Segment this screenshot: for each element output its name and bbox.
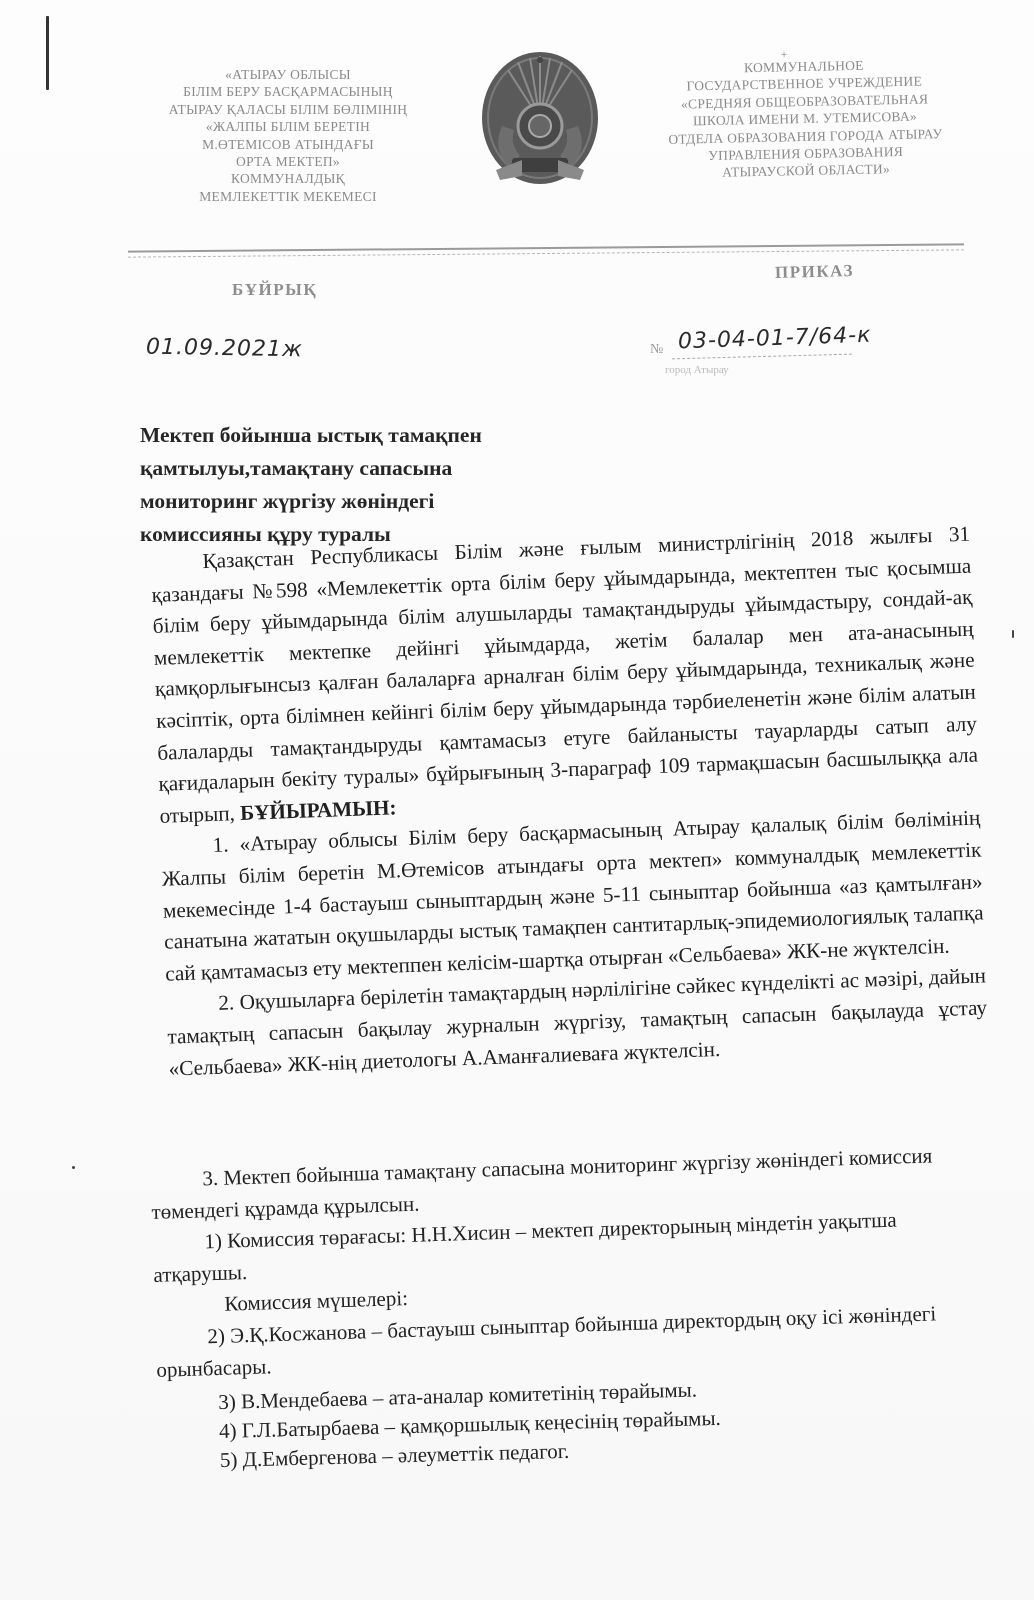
handwritten-order-number: 03-04-01-7/64-к [678,323,872,355]
title-line: қамтылуы,тамақтану сапасына [140,452,560,485]
header-russian-organization: + КОММУНАЛЬНОЕ ГОСУДАРСТВЕННОЕ УЧРЕЖДЕНИ… [639,55,971,184]
order-word: БҰЙЫРАМЫН: [240,795,397,825]
scan-speck [1012,630,1014,638]
scanned-document-page: «АТЫРАУ ОБЛЫСЫ БІЛІМ БЕРУ БАСҚАРМАСЫНЫҢ … [0,0,1034,1600]
org-line: «ЖАЛПЫ БІЛІМ БЕРЕТІН [138,118,438,135]
document-body: Қазақстан Республикасы Білім және ғылым … [150,519,989,1085]
document-title: Мектеп бойынша ыстық тамақпен қамтылуы,т… [140,419,560,551]
org-line: КОММУНАЛДЫҚ [138,170,438,187]
org-line: МЕМЛЕКЕТТІК МЕКЕМЕСІ [138,188,438,205]
org-line: АТЫРАУ ҚАЛАСЫ БІЛІМ БӨЛІМІНІҢ [138,101,438,118]
doc-type-russian: ПРИКАЗ [775,261,854,283]
scan-edge-mark [46,16,49,90]
header-divider [128,243,964,257]
number-underline [672,354,852,360]
pen-mark: + [780,46,787,64]
doc-type-kazakh: БҰЙРЫҚ [232,280,317,300]
preamble-paragraph: Қазақстан Республикасы Білім және ғылым … [150,519,980,832]
commission-section: 3. Мектеп бойынша тамақтану сапасына мон… [150,1139,977,1386]
number-sign: № [650,342,663,358]
title-line: мониторинг жүргізу жөніндегі [140,485,560,518]
header-kazakh-organization: «АТЫРАУ ОБЛЫСЫ БІЛІМ БЕРУ БАСҚАРМАСЫНЫҢ … [138,66,438,205]
org-line: М.ӨТЕМІСОВ АТЫНДАҒЫ [138,136,438,153]
org-line: «АТЫРАУ ОБЛЫСЫ [138,66,438,83]
commission-members-list: 3) В.Мендебаева – ата-аналар комитетінің… [218,1375,722,1475]
title-line: Мектеп бойынша ыстық тамақпен [140,419,560,452]
handwritten-date: 01.09.2021ж [146,335,303,363]
scan-speck [72,1166,75,1169]
order-item-1: 1. «Атырау облысы Білім беру басқармасын… [160,803,985,990]
city-label: город Атырау [665,364,729,376]
org-line: ОРТА МЕКТЕП» [138,153,438,170]
org-line: БІЛІМ БЕРУ БАСҚАРМАСЫНЫҢ [138,83,438,100]
preamble-text: Қазақстан Республикасы Білім және ғылым … [151,522,978,828]
state-emblem-icon [478,48,602,188]
